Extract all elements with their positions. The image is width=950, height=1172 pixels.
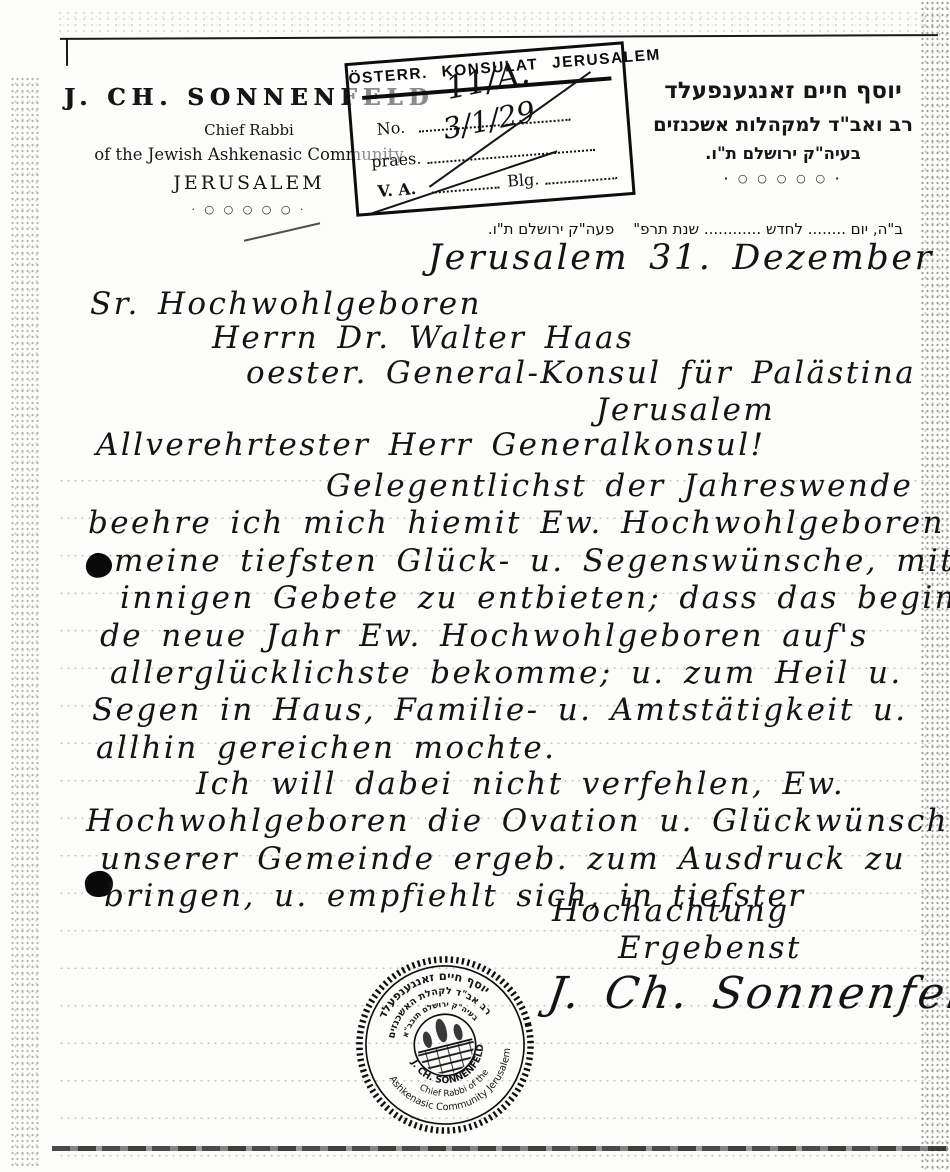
letter-line: allerglücklichste bekomme; u. zum Heil u… — [110, 655, 903, 691]
letter-line: Ich will dabei nicht verfehlen, Ew. — [196, 766, 845, 802]
address-line: Sr. Hochwohlgeboren — [90, 286, 482, 322]
letter-line: de neue Jahr Ew. Hochwohlgeboren auf's — [100, 618, 869, 654]
letterhead-hebrew-city: בעיה"ק ירושלם ת"ו. — [630, 144, 936, 163]
letter-line: unserer Gemeinde ergeb. zum Ausdruck zu — [100, 841, 906, 877]
letter-line: beehre ich mich hiemit Ew. Hochwohlgebor… — [88, 505, 945, 541]
printed-hebrew-date-line: ב"ה, יום ........ לחדש ............ שנת … — [275, 220, 903, 238]
closing-line: Hochachtung — [552, 893, 789, 929]
signature: J. Ch. Sonnenfeld — [544, 968, 950, 1019]
letterhead-hebrew-name: יוסף חיים זאנגענפעלד — [630, 78, 936, 104]
letter-line: allhin gereichen mochte. — [96, 730, 556, 766]
scan-noise-left-edge — [10, 76, 40, 1166]
address-line: Jerusalem — [596, 392, 775, 428]
address-line: oester. General-Konsul für Palästina — [246, 355, 916, 391]
letter-line: Segen in Haus, Familie- u. Amtstätigkeit… — [92, 692, 907, 728]
scanned-letter-page: { "letterhead": { "name": "J. CH. SONNEN… — [0, 0, 950, 1172]
address-line: Herrn Dr. Walter Haas — [212, 320, 634, 356]
handwritten-date: Jerusalem 31. Dezember 1928 — [428, 238, 950, 278]
punch-hole-mark-upper — [84, 551, 113, 579]
stamp-blg-label: Blg. — [506, 169, 540, 190]
letter-line: meine tiefsten Glück- u. Segenswünsche, … — [114, 543, 950, 579]
letter-line: innigen Gebete zu entbieten; dass das be… — [120, 580, 950, 616]
stamp-blg-leader — [544, 157, 618, 185]
letterhead-hebrew-ornament: · ○ ○ ○ ○ ○ · — [630, 172, 936, 185]
stamp-no-label: No. — [376, 118, 406, 139]
stamp-va-label: V. A. — [377, 179, 417, 201]
letterhead-hebrew-block: יוסף חיים זאנגענפעלד רב ואב"ד למקהלות אש… — [630, 78, 936, 185]
rabbinate-seal: יוסף חיים זאנגענפעלד רב אב"ד לקהלת האשכנ… — [352, 952, 538, 1138]
letter-line: Gelegentlichst der Jahreswende — [326, 468, 913, 504]
letterhead-hebrew-title: רב ואב"ד למקהלות אשכנזים — [630, 113, 936, 136]
scan-noise-top-edge — [56, 10, 940, 32]
salutation-line: Allverehrtester Herr Generalkonsul! — [96, 427, 765, 463]
paper-bottom-edge-line — [52, 1146, 948, 1151]
consulate-stamp-box: ÖSTERR. KONSULAT JERUSALEM No. 11/A. pra… — [344, 41, 635, 216]
letter-line: Hochwohlgeboren die Ovation u. Glückwüns… — [86, 803, 950, 839]
closing-line: Ergebenst — [618, 930, 802, 966]
stamp-praes-label: praes. — [370, 149, 422, 172]
